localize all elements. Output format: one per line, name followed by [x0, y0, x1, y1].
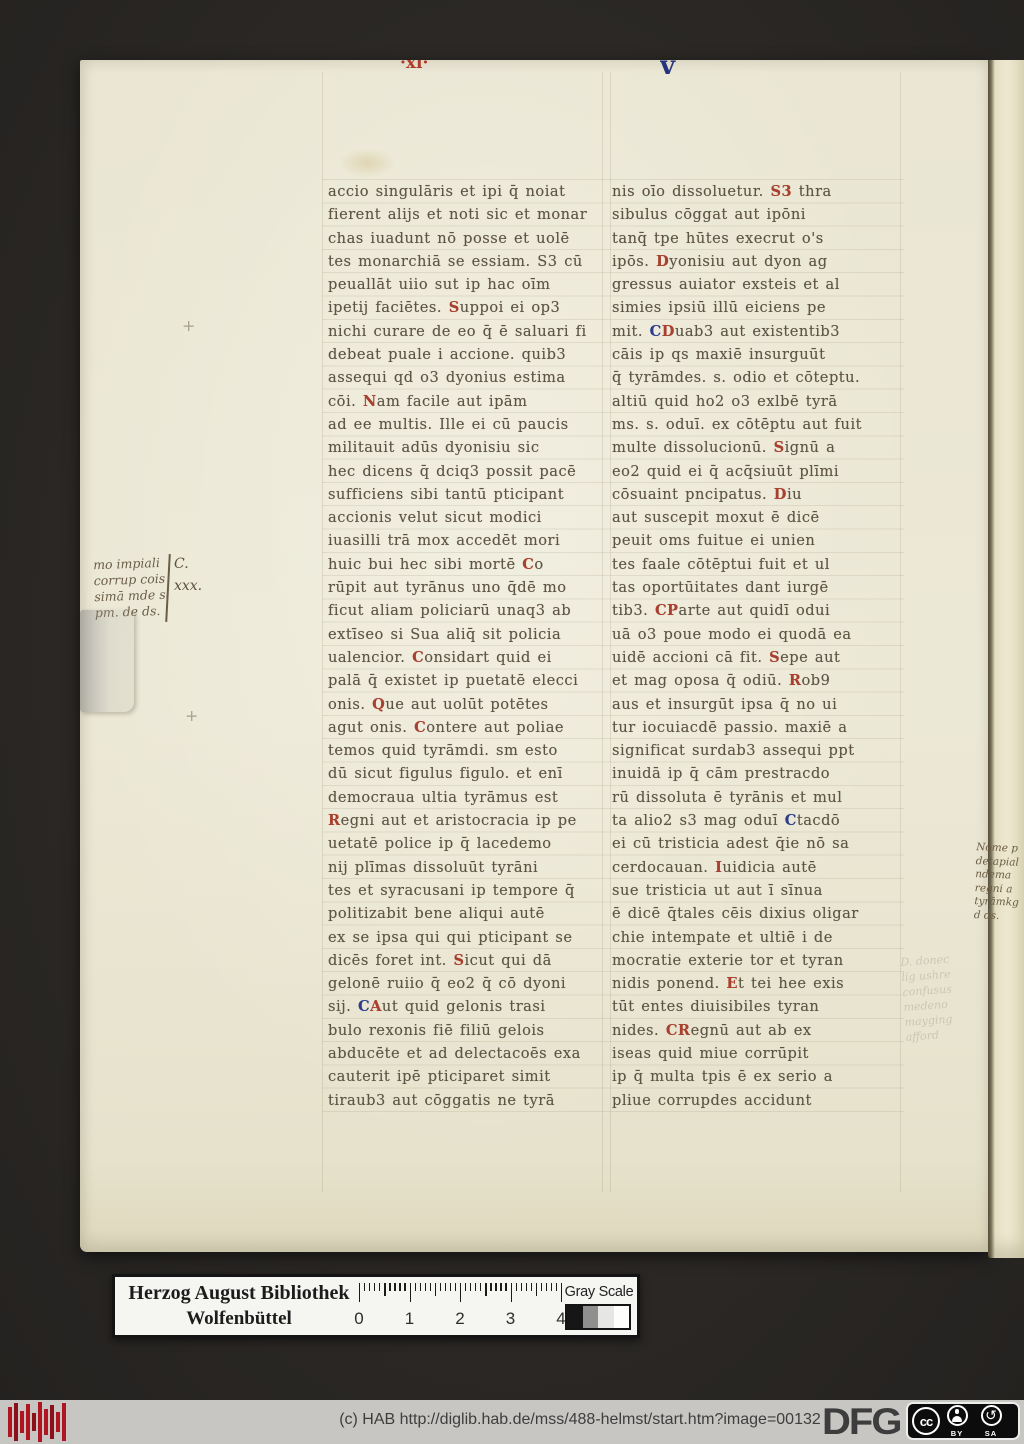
- ruler-tick: [399, 1283, 400, 1291]
- manuscript-line: Regni aut et aristocracia ip pe: [328, 812, 602, 836]
- manuscript-line: peuit oms fuitue ei unien: [612, 532, 902, 556]
- manuscript-line: nis oīo dissoluetur. S3 thra: [612, 183, 902, 207]
- cc-sa-group: ↺ SA: [974, 1404, 1008, 1438]
- ruler-tick: [536, 1283, 537, 1296]
- note-line: ndema: [975, 868, 1023, 883]
- manuscript-line: extīseo si Sua aliq̄ sit policia: [328, 625, 602, 649]
- ruler-tick: [551, 1283, 552, 1291]
- manuscript-line: agut onis. Contere aut poliae: [328, 718, 602, 742]
- manuscript-line: significat surdab3 assequi ppt: [612, 742, 902, 766]
- ruler-tick-label: 0: [354, 1309, 363, 1329]
- ruler-tick: [505, 1283, 506, 1291]
- ruler-tick: [556, 1283, 557, 1291]
- ruler-tick: [415, 1283, 416, 1291]
- manuscript-line: dū sicut figulus figulo. et enī: [328, 765, 602, 789]
- barcode-bar: [32, 1413, 36, 1431]
- manuscript-line: pliue corrupdes accidunt: [612, 1091, 902, 1115]
- ruler-tick: [394, 1283, 395, 1291]
- by-person-icon: [947, 1405, 968, 1426]
- ruler-tick: [364, 1283, 365, 1291]
- barcode-bar: [38, 1402, 42, 1442]
- ruler-tick: [495, 1283, 496, 1291]
- manuscript-line: assequi qd o3 dyonius estima: [328, 369, 602, 393]
- ruler-tick: [369, 1283, 370, 1291]
- chapter-number-fragment-red: ·xi·: [400, 60, 446, 73]
- ruler-tick: [450, 1283, 451, 1291]
- ruler-tick: [374, 1283, 375, 1291]
- cc-license-badge: cc BY ↺ SA: [906, 1402, 1020, 1440]
- manuscript-line: aus et insurgūt ipsa q̄ no ui: [612, 695, 902, 719]
- manuscript-line: iseas quid miue corrūpit: [612, 1045, 902, 1069]
- barcode-bar: [26, 1404, 30, 1440]
- manuscript-line: sibulus cōggat aut ipōni: [612, 206, 902, 230]
- margin-cross-mark: +: [185, 706, 198, 725]
- manuscript-line: ipōs. Dyonisiu aut dyon ag: [612, 252, 902, 276]
- barcode-bar: [8, 1407, 12, 1437]
- note-line: d ds.: [974, 909, 1022, 924]
- manuscript-line: inuidā ip q̄ cām prestracdo: [612, 765, 902, 789]
- manuscript-line: cerdocauan. Iuidicia autē: [612, 858, 902, 882]
- manuscript-line: tūt entes diuisibiles tyran: [612, 998, 902, 1022]
- page-holder-clip: [80, 610, 134, 712]
- ruler-tick: [455, 1283, 456, 1291]
- manuscript-line: iuasilli trā mox accedēt mori: [328, 532, 602, 556]
- manuscript-line: rūpit aut tyrānus uno q̄dē mo: [328, 579, 602, 603]
- manuscript-line: ex se ipsa qui qui pticipant se: [328, 928, 602, 952]
- manuscript-line: nichi curare de eo q̄ ē saluari fi: [328, 322, 602, 346]
- manuscript-line: cāis ip qs maxiē insurguūt: [612, 346, 902, 370]
- ruler-tick: [511, 1283, 512, 1302]
- manuscript-line: tes et syracusani ip tempore q̄: [328, 881, 602, 905]
- ruler-tick: [531, 1283, 532, 1291]
- barcode-bar: [44, 1409, 48, 1435]
- manuscript-line: politizabit bene aliqui autē: [328, 905, 602, 929]
- manuscript-line: mocratie exterie tor et tyran: [612, 951, 902, 975]
- facing-page-edge: [988, 60, 1024, 1258]
- manuscript-line: rū dissoluta ē tyrānis et mul: [612, 788, 902, 812]
- manuscript-line: ē dicē q̄tales cēis dixius oligar: [612, 905, 902, 929]
- manuscript-line: ms. s. oduī. ex cōtēptu aut fuit: [612, 416, 902, 440]
- manuscript-line: altiū quid ho2 o3 exlbē tyrā: [612, 392, 902, 416]
- manuscript-line: multe dissolucionū. Signū a: [612, 439, 902, 463]
- manuscript-line: bulo rexonis fiē filiū gelois: [328, 1021, 602, 1045]
- manuscript-line: onis. Que aut uolūt potētes: [328, 695, 602, 719]
- manuscript-line: tes monarchiā se essiam. S3 cū: [328, 252, 602, 276]
- manuscript-line: cauterit ipē pticiparet simit: [328, 1068, 602, 1092]
- ruler-tick: [541, 1283, 542, 1291]
- ruler-tick: [430, 1283, 431, 1291]
- ruling-vertical-line: [610, 72, 611, 1192]
- manuscript-line: simies ipsiū illū eiciens pe: [612, 299, 902, 323]
- hab-logo-barcode: [8, 1403, 72, 1441]
- cc-icon: cc: [912, 1407, 940, 1435]
- manuscript-line: gressus auiator exsteis et al: [612, 276, 902, 300]
- ruler-tick-label: 3: [506, 1309, 515, 1329]
- barcode-bar: [20, 1411, 24, 1433]
- copyright-text: (c) HAB http://diglib.hab.de/mss/488-hel…: [320, 1411, 840, 1429]
- ruler-tick: [445, 1283, 446, 1291]
- manuscript-line: debeat puale i accione. quib3: [328, 346, 602, 370]
- ruler-tick: [359, 1283, 360, 1302]
- manuscript-line: tas oportūitates dant iurgē: [612, 579, 902, 603]
- manuscript-line: nides. CRegnū aut ab ex: [612, 1021, 902, 1045]
- ruler-tick: [425, 1283, 426, 1291]
- ruler-tick: [480, 1283, 481, 1291]
- ruler-tick: [420, 1283, 421, 1291]
- library-name-line1: Herzog August Bibliothek: [123, 1280, 355, 1306]
- ruler-tick: [526, 1283, 527, 1291]
- marginal-note-facing-page: Nome pdetapialndemaregni atyrāmkgd ds.: [974, 841, 1024, 924]
- ruler-tick: [384, 1283, 385, 1296]
- sa-label: SA: [974, 1429, 1008, 1438]
- cc-by-group: BY: [940, 1404, 974, 1438]
- gray-scale-patch: [614, 1306, 630, 1328]
- footer-bar: (c) HAB http://diglib.hab.de/mss/488-hel…: [0, 1400, 1024, 1444]
- ruler-tick: [460, 1283, 461, 1302]
- manuscript-line: cōsuaint pncipatus. Diu: [612, 485, 902, 509]
- manuscript-line: nidis ponend. Et tei hee exis: [612, 975, 902, 999]
- manuscript-line: nij plīmas dissoluūt tyrāni: [328, 858, 602, 882]
- manuscript-line: tib3. CParte aut quidī odui: [612, 602, 902, 626]
- text-column-right: nis oīo dissoluetur. S3 thrasibulus cōgg…: [612, 183, 902, 1115]
- margin-cross-mark: +: [182, 316, 195, 335]
- ruler-tick: [435, 1283, 436, 1296]
- manuscript-line: tes faale cōtēptui fuit et ul: [612, 555, 902, 579]
- ruler-tick: [500, 1283, 501, 1291]
- ruler-tick: [490, 1283, 491, 1291]
- manuscript-line: tiraub3 aut cōggatis ne tyrā: [328, 1091, 602, 1115]
- ruling-vertical-line: [322, 72, 323, 1192]
- manuscript-line: accionis velut sicut modici: [328, 509, 602, 533]
- ruler-tick: [475, 1283, 476, 1291]
- reference-ruler-card: Herzog August Bibliothek Wolfenbüttel 01…: [112, 1274, 640, 1338]
- manuscript-line: dicēs foret int. Sicut qui dā: [328, 951, 602, 975]
- show-through-note: D. doneclig ushreconfususmedenomaygingaf…: [900, 949, 990, 1045]
- manuscript-line: ualencior. Considart quid ei: [328, 648, 602, 672]
- ruler-tick: [485, 1283, 486, 1296]
- manuscript-line: temos quid tyrāmdi. sm esto: [328, 742, 602, 766]
- manuscript-line: ei cū tristicia adest q̄ie nō sa: [612, 835, 902, 859]
- ruler-tick-label: 2: [455, 1309, 464, 1329]
- ruler-tick: [521, 1283, 522, 1291]
- barcode-bar: [14, 1403, 18, 1441]
- manuscript-line: ta alio2 s3 mag oduī Ctacdō: [612, 812, 902, 836]
- ruling-vertical-line: [602, 72, 603, 1192]
- manuscript-line: accio singulāris et ipi q̄ noiat: [328, 183, 602, 207]
- manuscript-line: fierent alijs et noti sic et monar: [328, 206, 602, 230]
- ruler-tick: [404, 1283, 405, 1291]
- manuscript-line: ad ee multis. Ille ei cū paucis: [328, 416, 602, 440]
- ruler-tick: [389, 1283, 390, 1291]
- by-label: BY: [940, 1429, 974, 1438]
- manuscript-line: hec dicens q̄ dciq3 possit pacē: [328, 462, 602, 486]
- manuscript-line: huic bui hec sibi mortē Co: [328, 555, 602, 579]
- gray-scale-patch: [567, 1306, 583, 1328]
- chapter-mark: C. xxx.: [174, 553, 202, 597]
- note-line: Nome p: [976, 841, 1024, 856]
- manuscript-line: uā o3 poue modo ei quodā ea: [612, 625, 902, 649]
- manuscript-line: peuallāt uiio sut ip hac oīm: [328, 276, 602, 300]
- ruler-tick: [410, 1283, 411, 1302]
- manuscript-line: ip q̄ multa tpis ē ex serio a: [612, 1068, 902, 1092]
- gray-scale-strip: [565, 1304, 631, 1330]
- manuscript-line: sufficiens sibi tantū pticipant: [328, 485, 602, 509]
- manuscript-line: tur iocuiacdē passio. maxiē a: [612, 718, 902, 742]
- parchment-stain: [338, 148, 396, 178]
- barcode-bar: [62, 1403, 66, 1441]
- manuscript-line: ipetij faciētes. Suppoi ei op3: [328, 299, 602, 323]
- manuscript-line: sue tristicia ut aut ī sīnua: [612, 881, 902, 905]
- manuscript-line: chas iuadunt nō posse et uolē: [328, 229, 602, 253]
- manuscript-line: palā q̄ existet ip puetatē elecci: [328, 672, 602, 696]
- manuscript-line: uidē accioni cā fit. Sepe aut: [612, 648, 902, 672]
- ruler-tick: [379, 1283, 380, 1291]
- ruler-tick-labels: 01234: [355, 1309, 565, 1331]
- manuscript-line: tanq̄ tpe hūtes execrut o's: [612, 229, 902, 253]
- ruler-ticks: [355, 1283, 565, 1303]
- dfg-logo: DFG: [822, 1402, 900, 1443]
- manuscript-line: cōi. Nam facile aut ipām: [328, 392, 602, 416]
- library-name-line2: Wolfenbüttel: [123, 1306, 355, 1331]
- manuscript-line: abducēte et ad delectacoēs exa: [328, 1045, 602, 1069]
- ruler-tick: [465, 1283, 466, 1291]
- chapter-number-fragment-blue: v: [660, 60, 690, 82]
- manuscript-line: gelonē ruiio q̄ eo2 q̄ cō dyoni: [328, 975, 602, 999]
- manuscript-line: et mag oposa q̄ odiū. Rob9: [612, 672, 902, 696]
- manuscript-line: aut suscepit moxut ē dicē: [612, 509, 902, 533]
- gray-scale-label: Gray Scale: [561, 1284, 637, 1300]
- text-column-left: accio singulāris et ipi q̄ noiatfierent …: [328, 183, 602, 1115]
- ruler-tick: [546, 1283, 547, 1291]
- manuscript-line: sij. CAut quid gelonis trasi: [328, 998, 602, 1022]
- ruler-tick: [440, 1283, 441, 1291]
- manuscript-line: uetatē police ip q̄ lacedemo: [328, 835, 602, 859]
- photo-background: ·xi· v accio singulāris et ipi q̄ noiatf…: [0, 0, 1024, 1444]
- manuscript-line: mit. CDuab3 aut existentib3: [612, 322, 902, 346]
- ruler-tick-label: 1: [405, 1309, 414, 1329]
- gray-scale-patch: [583, 1306, 599, 1328]
- manuscript-line: democraua ultia tyrāmus est: [328, 788, 602, 812]
- library-name: Herzog August Bibliothek Wolfenbüttel: [123, 1280, 355, 1331]
- manuscript-line: eo2 quid ei q̄ acq̄siuūt plīmi: [612, 462, 902, 486]
- ruler-tick: [516, 1283, 517, 1291]
- manuscript-line: chie intempate et ultiē i de: [612, 928, 902, 952]
- manuscript-line: ficut aliam policiarū unaq3 ab: [328, 602, 602, 626]
- gray-scale-patch: [598, 1306, 614, 1328]
- manuscript-line: militauit adūs dyonisiu sic: [328, 439, 602, 463]
- ruler-tick: [470, 1283, 471, 1291]
- manuscript-line: q̄ tyrāmdes. s. odio et cōteptu.: [612, 369, 902, 393]
- barcode-bar: [56, 1412, 60, 1432]
- note-line: tyrāmkg: [974, 895, 1022, 910]
- sa-icon: ↺: [981, 1405, 1002, 1426]
- barcode-bar: [50, 1405, 54, 1439]
